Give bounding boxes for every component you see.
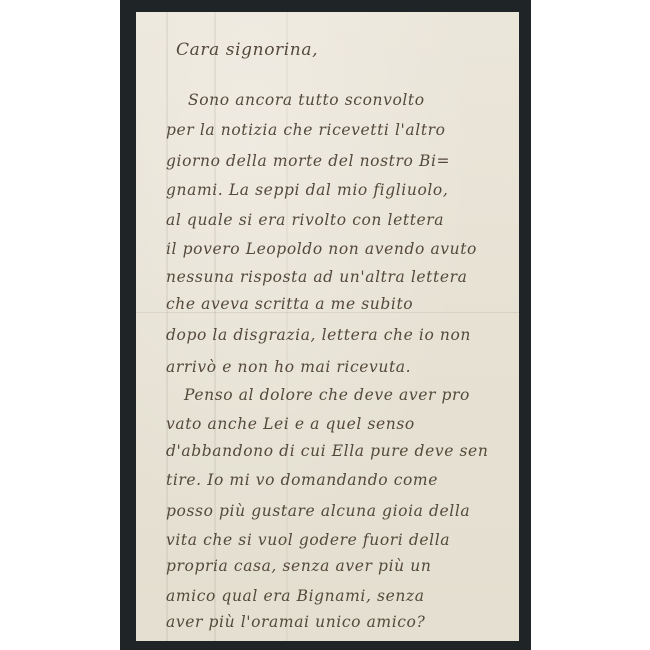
letter-line: aver più l'oramai unico amico? xyxy=(166,613,425,631)
letter-line: propria casa, senza aver più un xyxy=(166,557,431,575)
letter-line: gnami. La seppi dal mio figliuolo, xyxy=(166,181,448,199)
letter-line: posso più gustare alcuna gioia della xyxy=(166,502,470,520)
letter-line: amico qual era Bignami, senza xyxy=(166,587,425,605)
letter-line: che aveva scritta a me subito xyxy=(166,295,413,313)
letter-page: Cara signorina, Sono ancora tutto sconvo… xyxy=(136,12,519,641)
letter-line: nessuna risposta ad un'altra lettera xyxy=(166,268,467,286)
letter-line: arrivò e non ho mai ricevuta. xyxy=(166,358,411,376)
letter-line: il povero Leopoldo non avendo avuto xyxy=(166,240,477,258)
document-frame: Cara signorina, Sono ancora tutto sconvo… xyxy=(120,0,531,650)
letter-salutation: Cara signorina, xyxy=(176,40,318,60)
letter-line: Penso al dolore che deve aver pro xyxy=(184,386,470,404)
letter-line: d'abbandono di cui Ella pure deve sen xyxy=(166,442,488,460)
letter-line: vita che si vuol godere fuori della xyxy=(166,531,450,549)
letter-line: tire. Io mi vo domandando come xyxy=(166,471,438,489)
letter-line: per la notizia che ricevetti l'altro xyxy=(166,121,446,139)
letter-line: al quale si era rivolto con lettera xyxy=(166,211,444,229)
letter-line: giorno della morte del nostro Bi= xyxy=(166,152,450,170)
letter-line: vato anche Lei e a quel senso xyxy=(166,415,415,433)
letter-line: Sono ancora tutto sconvolto xyxy=(188,91,425,109)
letter-line: dopo la disgrazia, lettera che io non xyxy=(166,326,471,344)
